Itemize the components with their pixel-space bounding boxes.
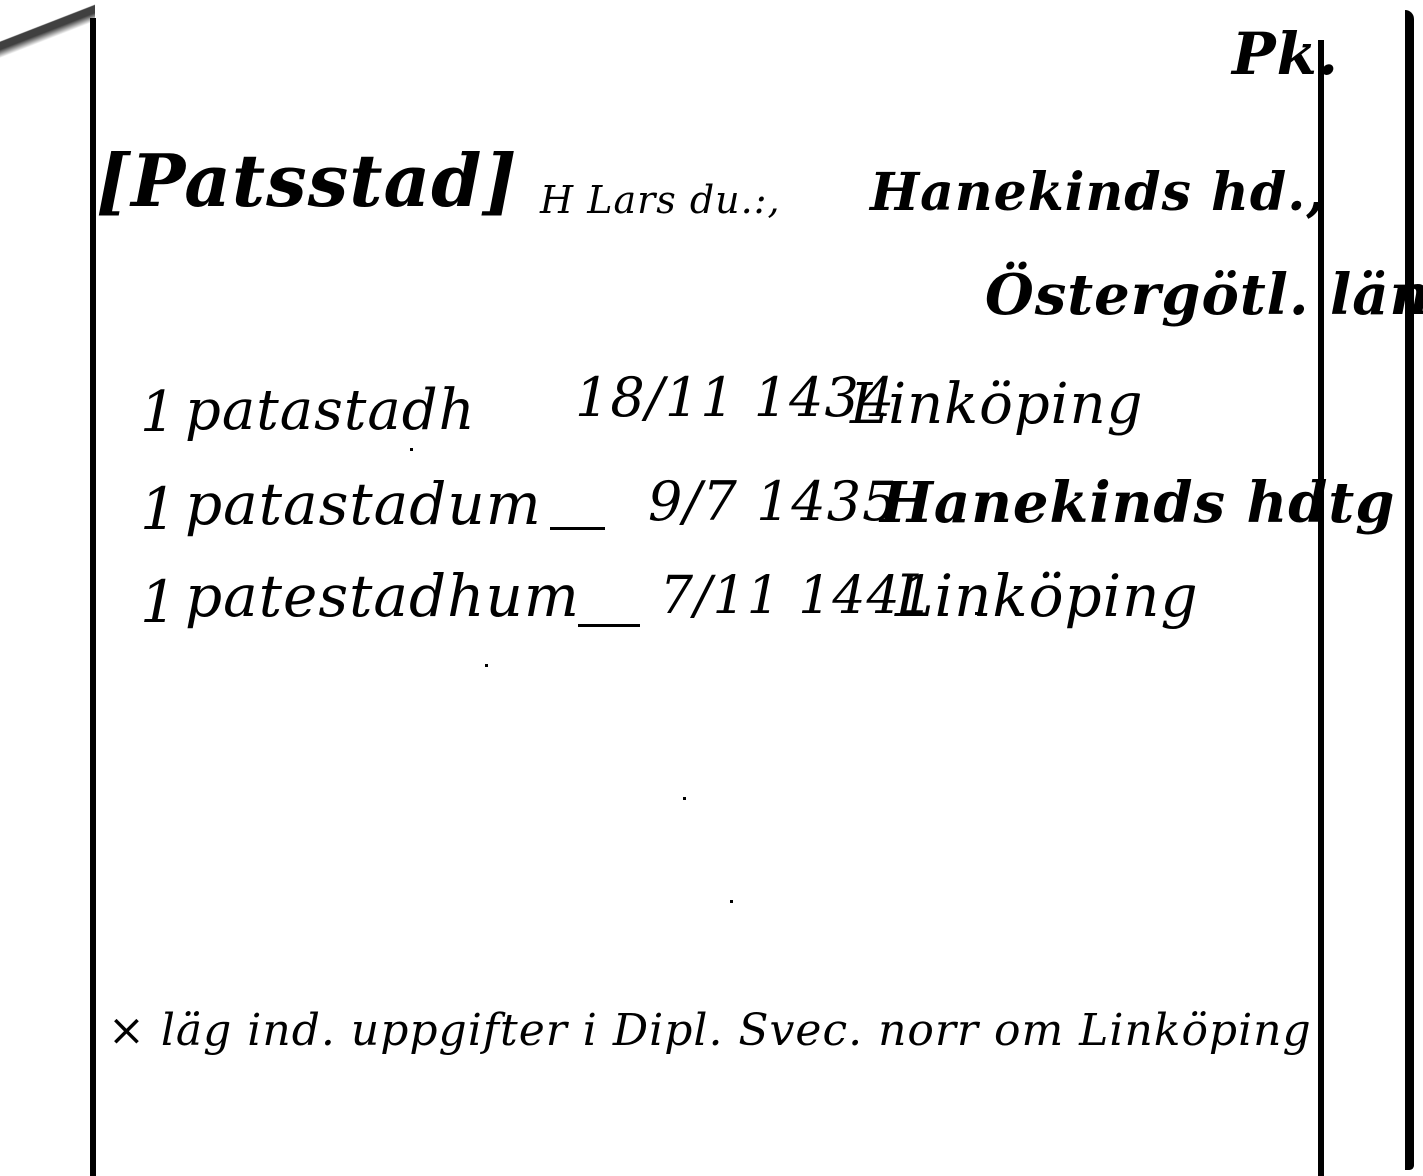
place-name-heading: [Patsstad] bbox=[96, 138, 518, 223]
scan-speck bbox=[975, 612, 978, 615]
index-card: Pk. [Patsstad] H Lars du.:, Hanekinds hd… bbox=[0, 0, 1423, 1176]
scan-speck bbox=[683, 797, 686, 800]
entry-form: patastadh bbox=[185, 378, 476, 443]
entry-count: 1 bbox=[140, 380, 177, 445]
abbreviation-stroke bbox=[550, 527, 605, 530]
entry-place: Linköping bbox=[895, 562, 1199, 630]
entry-date: 9/7 1435 bbox=[648, 470, 898, 533]
entry-date: 7/11 1441 bbox=[660, 566, 935, 626]
entry-date: 18/11 1434 bbox=[575, 366, 895, 429]
hundred-label: Hanekinds hd., bbox=[870, 162, 1325, 223]
scan-speck bbox=[485, 664, 488, 667]
entry-place: Hanekinds hdtg bbox=[880, 470, 1395, 536]
entry-count: 1 bbox=[140, 568, 178, 636]
entry-form: patestadhum bbox=[185, 562, 580, 630]
entry-count: 1 bbox=[140, 475, 178, 543]
entry-place: Linköping bbox=[850, 372, 1143, 437]
scan-speck bbox=[730, 900, 733, 903]
parish-label: H Lars du.:, bbox=[540, 178, 781, 222]
abbreviation-stroke bbox=[578, 624, 640, 627]
entry-form: patastadum bbox=[185, 470, 542, 538]
scan-corner-shadow bbox=[0, 4, 95, 64]
footnote: × läg ind. uppgifter i Dipl. Svec. norr … bbox=[108, 1005, 1312, 1056]
card-right-edge bbox=[1405, 10, 1414, 1170]
county-label: Östergötl. län bbox=[985, 262, 1423, 328]
corner-mark: Pk. bbox=[1232, 20, 1339, 88]
scan-speck bbox=[410, 448, 413, 451]
